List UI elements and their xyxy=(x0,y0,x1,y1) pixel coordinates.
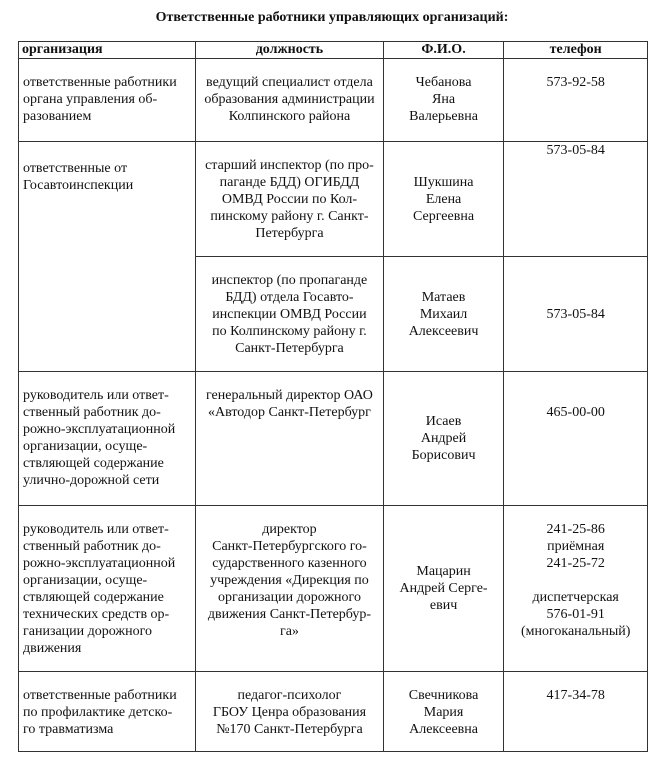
cell-position: генеральный директор ОАО«Автодор Санкт-П… xyxy=(196,372,384,506)
table-row: ответственные работникиоргана управления… xyxy=(19,59,648,142)
cell-line: ГБОУ Ценра образования xyxy=(200,704,379,721)
cell-line: ОМВД России по Кол- xyxy=(200,191,379,208)
cell-line: Алексеевич xyxy=(388,323,500,340)
cell-line: Валерьевна xyxy=(388,108,500,125)
column-header-phone: телефон xyxy=(504,42,648,59)
cell-line: 573-92-58 xyxy=(508,74,643,91)
cell-line: Мацарин xyxy=(388,563,500,580)
cell-line: приёмная xyxy=(508,538,643,555)
cell-line: движения xyxy=(23,640,191,657)
cell-line: ганизации дорожного xyxy=(23,623,191,640)
cell-line: Андрей xyxy=(388,430,500,447)
cell-name: ШукшинаЕленаСергеевна xyxy=(383,142,504,257)
cell-line: Госавтоинспекции xyxy=(23,177,191,194)
cell-line: Мария xyxy=(388,704,500,721)
cell-position: старший инспектор (по про-паганде БДД) О… xyxy=(196,142,384,257)
cell-line: 241-25-72 xyxy=(508,555,643,572)
cell-line: №170 Санкт-Петербурга xyxy=(200,721,379,738)
column-header-organization: организация xyxy=(19,42,196,59)
cell-line: Елена xyxy=(388,191,500,208)
cell-line: организации, осуще- xyxy=(23,572,191,589)
cell-organization: руководитель или ответ-ственный работник… xyxy=(19,506,196,672)
cell-line: организации, осуще- xyxy=(23,438,191,455)
cell-line xyxy=(508,572,643,589)
cell-line: ответственные работники xyxy=(23,687,191,704)
cell-line: Санкт-Петербурга xyxy=(200,340,379,357)
cell-phone: 465-00-00 xyxy=(504,372,648,506)
contacts-table: организация должность Ф.И.О. телефон отв… xyxy=(18,41,648,752)
cell-line: 573-05-84 xyxy=(508,142,643,159)
cell-line: ведущий специалист отдела xyxy=(200,74,379,91)
cell-line: Петербурга xyxy=(200,225,379,242)
cell-line: Алексеевна xyxy=(388,721,500,738)
cell-line: евич xyxy=(388,597,500,614)
cell-line: учреждения «Дирекция по xyxy=(200,572,379,589)
cell-organization: руководитель или ответ-ственный работник… xyxy=(19,372,196,506)
cell-line: образования администрации xyxy=(200,91,379,108)
cell-line: старший инспектор (по про- xyxy=(200,157,379,174)
cell-line: Борисович xyxy=(388,447,500,464)
cell-line: «Автодор Санкт-Петербург xyxy=(200,404,379,421)
cell-line: разованием xyxy=(23,108,191,125)
cell-name: СвечниковаМарияАлексеевна xyxy=(383,672,504,752)
cell-organization: ответственные работникипо профилактике д… xyxy=(19,672,196,752)
cell-phone: 573-92-58 xyxy=(504,59,648,142)
cell-line: организации дорожного xyxy=(200,589,379,606)
cell-line: Колпинского района xyxy=(200,108,379,125)
cell-line: улично-дорожной сети xyxy=(23,472,191,489)
column-header-position: должность xyxy=(196,42,384,59)
cell-line: рожно-эксплуатационной xyxy=(23,555,191,572)
cell-line: педагог-психолог xyxy=(200,687,379,704)
cell-line: сударственного казенного xyxy=(200,555,379,572)
cell-line: ответственные от xyxy=(23,160,191,177)
cell-line: генеральный директор ОАО xyxy=(200,387,379,404)
cell-line: Михаил xyxy=(388,306,500,323)
cell-line: 241-25-86 xyxy=(508,521,643,538)
cell-line: рожно-эксплуатационной xyxy=(23,421,191,438)
table-header-row: организация должность Ф.И.О. телефон xyxy=(19,42,648,59)
cell-phone: 417-34-78 xyxy=(504,672,648,752)
cell-line: Матаев xyxy=(388,289,500,306)
cell-phone: 241-25-86приёмная241-25-72 диспетчерская… xyxy=(504,506,648,672)
page-title: Ответственные работники управляющих орга… xyxy=(0,10,664,26)
cell-phone: 573-05-84 xyxy=(504,142,648,257)
cell-line: Исаев xyxy=(388,413,500,430)
cell-line: ответственные работники xyxy=(23,74,191,91)
cell-position: инспектор (по пропагандеБДД) отдела Госа… xyxy=(196,257,384,372)
cell-name: ИсаевАндрейБорисович xyxy=(383,372,504,506)
cell-line: ствляющей содержание xyxy=(23,455,191,472)
cell-line: органа управления об- xyxy=(23,91,191,108)
cell-line: БДД) отдела Госавто- xyxy=(200,289,379,306)
cell-line: ственный работник до- xyxy=(23,404,191,421)
cell-line: руководитель или ответ- xyxy=(23,521,191,538)
cell-line: го травматизма xyxy=(23,721,191,738)
cell-line: Свечникова xyxy=(388,687,500,704)
cell-position: ведущий специалист отделаобразования адм… xyxy=(196,59,384,142)
cell-line: 576-01-91 xyxy=(508,606,643,623)
cell-line: Санкт-Петербургского го- xyxy=(200,538,379,555)
cell-line: паганде БДД) ОГИБДД xyxy=(200,174,379,191)
cell-line: технических средств ор- xyxy=(23,606,191,623)
cell-organization: ответственные отГосавтоинспекции xyxy=(19,142,196,372)
cell-line: Чебанова xyxy=(388,74,500,91)
cell-line: Яна xyxy=(388,91,500,108)
cell-line: по профилактике детско- xyxy=(23,704,191,721)
cell-line: Шукшина xyxy=(388,174,500,191)
cell-line: директор xyxy=(200,521,379,538)
cell-line: 417-34-78 xyxy=(508,687,643,704)
cell-name: МацаринАндрей Серге-евич xyxy=(383,506,504,672)
cell-line: Сергеевна xyxy=(388,208,500,225)
cell-line: ственный работник до- xyxy=(23,538,191,555)
cell-line: по Колпинскому району г. xyxy=(200,323,379,340)
cell-line: инспектор (по пропаганде xyxy=(200,272,379,289)
cell-line: инспекции ОМВД России xyxy=(200,306,379,323)
table-row: руководитель или ответ-ственный работник… xyxy=(19,372,648,506)
cell-name: ЧебановаЯнаВалерьевна xyxy=(383,59,504,142)
cell-organization: ответственные работникиоргана управления… xyxy=(19,59,196,142)
cell-line: движения Санкт-Петербур- xyxy=(200,606,379,623)
column-header-name: Ф.И.О. xyxy=(383,42,504,59)
table-row: руководитель или ответ-ственный работник… xyxy=(19,506,648,672)
cell-phone: 573-05-84 xyxy=(504,257,648,372)
table-row: ответственные отГосавтоинспекции старший… xyxy=(19,142,648,257)
cell-line: Андрей Серге- xyxy=(388,580,500,597)
cell-line: ствляющей содержание xyxy=(23,589,191,606)
table-row: ответственные работникипо профилактике д… xyxy=(19,672,648,752)
cell-line: руководитель или ответ- xyxy=(23,387,191,404)
cell-position: педагог-психологГБОУ Ценра образования№1… xyxy=(196,672,384,752)
cell-line: (многоканальный) xyxy=(508,623,643,640)
cell-line: пинскому району г. Санкт- xyxy=(200,208,379,225)
cell-name: МатаевМихаилАлексеевич xyxy=(383,257,504,372)
cell-line: 573-05-84 xyxy=(508,306,643,323)
cell-line: 465-00-00 xyxy=(508,404,643,421)
cell-line: диспетчерская xyxy=(508,589,643,606)
cell-line: га» xyxy=(200,623,379,640)
cell-position: директорСанкт-Петербургского го-сударств… xyxy=(196,506,384,672)
